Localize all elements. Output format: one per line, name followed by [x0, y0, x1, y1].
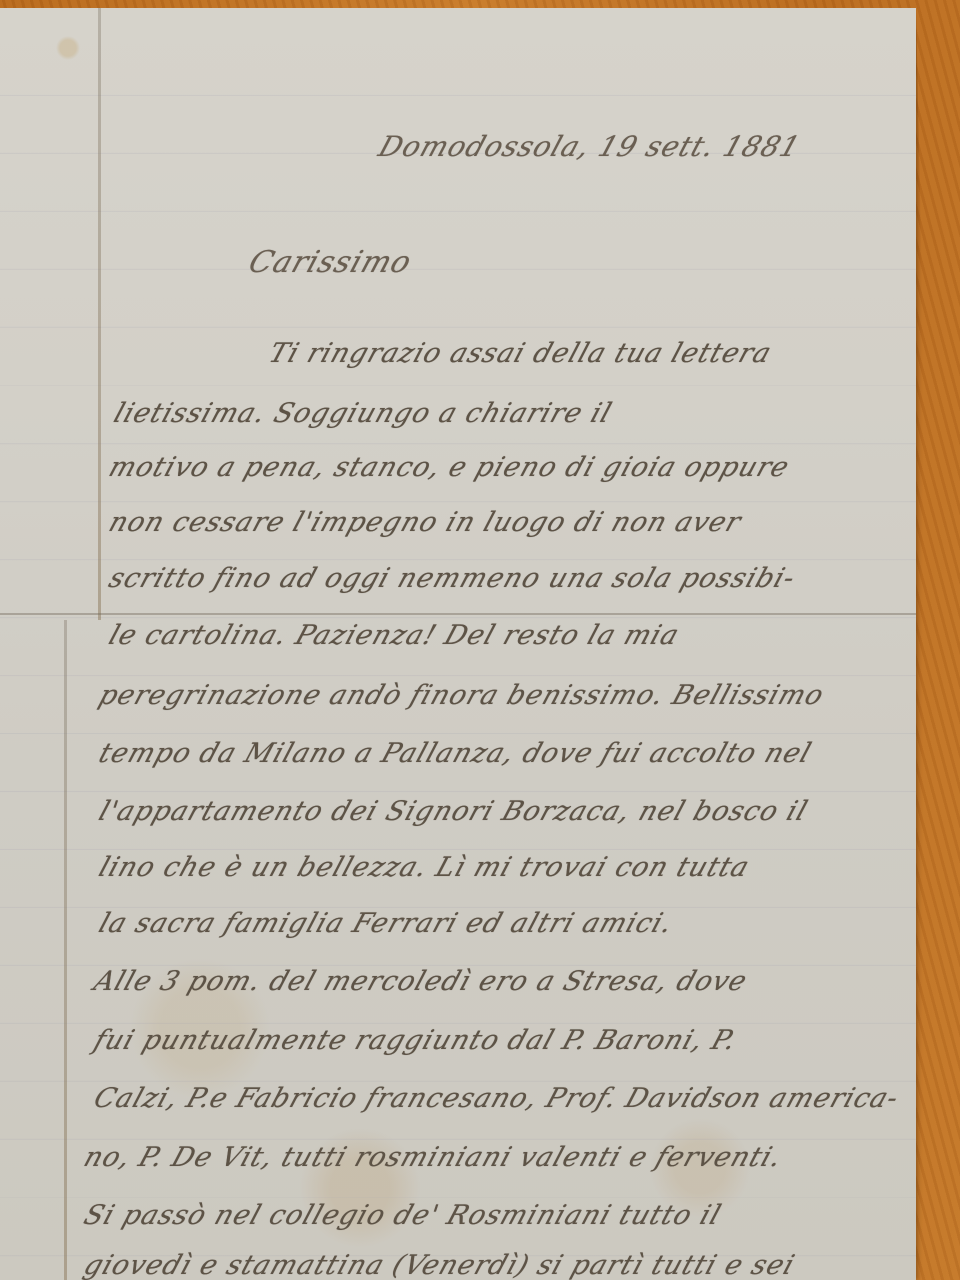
body-line: scritto fino ad oggi nemmeno una sola po… [105, 563, 800, 594]
body-line: Calzi, P.e Fabricio francesano, Prof. Da… [90, 1083, 903, 1114]
body-line: giovedì e stamattina (Venerdì) si partì … [80, 1250, 799, 1280]
letter-content: Domodossola, 19 sett. 1881 Carissimo Ti … [0, 0, 916, 1272]
body-line: motivo a pena, stanco, e pieno di gioia … [105, 452, 794, 483]
body-line: no, P. De Vit, tutti rosminiani valenti … [80, 1142, 786, 1173]
body-line: le cartolina. Pazienza! Del resto la mia [105, 620, 683, 651]
body-line: Alle 3 pom. del mercoledì ero a Stresa, … [90, 966, 751, 997]
body-line: peregrinazione andò finora benissimo. Be… [95, 680, 828, 711]
body-line: Ti ringrazio assai della tua lettera [265, 338, 776, 369]
body-line: tempo da Milano a Pallanza, dove fui acc… [95, 738, 816, 769]
body-line: lietissima. Soggiungo a chiarire il [110, 398, 616, 429]
body-line: l'appartamento dei Signori Borzaca, nel … [95, 796, 812, 827]
letter-salutation: Carissimo [244, 245, 416, 280]
letter-dateline: Domodossola, 19 sett. 1881 [375, 130, 805, 163]
body-line: non cessare l'impegno in luogo di non av… [105, 507, 746, 538]
body-line: la sacra famiglia Ferrari ed altri amici… [95, 908, 677, 939]
body-line: Si passò nel collegio de' Rosminiani tut… [80, 1200, 725, 1231]
body-line: fui puntualmente raggiunto dal P. Baroni… [90, 1025, 741, 1056]
body-line: lino che è un bellezza. Lì mi trovai con… [95, 852, 754, 883]
